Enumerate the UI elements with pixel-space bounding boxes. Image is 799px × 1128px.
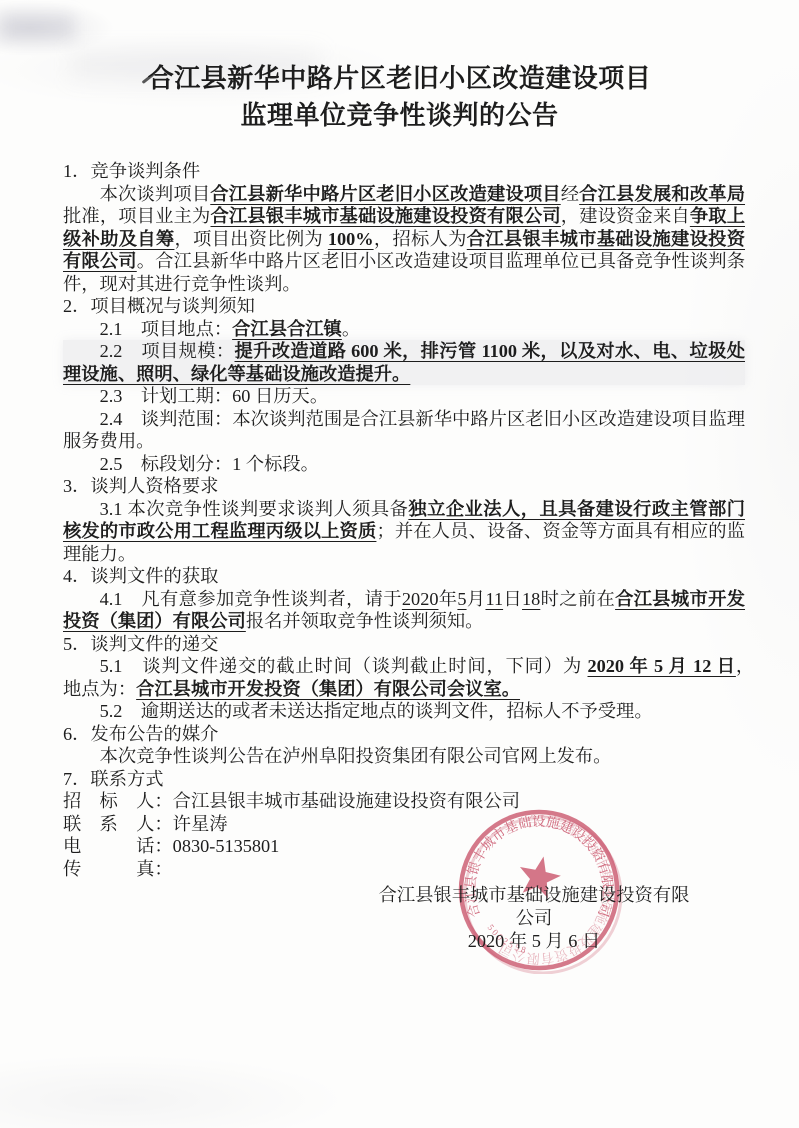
clause-1-1: 本次谈判项目合江县新华中路片区老旧小区改造建设项目经合江县发展和改革局批准，项目… — [63, 183, 745, 296]
section-4-heading: 4．谈判文件的获取 — [63, 565, 745, 588]
text-run: 年 — [438, 589, 457, 609]
text-run: ，建设资金来自 — [561, 206, 690, 226]
text-run: 2.4 谈判范围：本次谈判范围是合江县新华中路片区老旧小区改造建设项目监理服务费… — [63, 409, 745, 452]
scan-smudge — [2, 14, 74, 40]
clause-2-2: 2.2 项目规模：提升改造道路 600 米，排污管 1100 米，以及对水、电、… — [63, 340, 745, 385]
text-run: 2020 年 5 月 12 日 — [588, 656, 736, 676]
text-run: 批准，项目业主为 — [63, 206, 211, 226]
text-run: 5.1 谈判文件递交的截止时间（谈判截止时间，下同）为 — [100, 656, 588, 676]
section-7-heading: 7．联系方式 — [63, 768, 745, 791]
text-run: 100% — [328, 229, 374, 249]
clause-3-1: 3.1 本次竞争性谈判要求谈判人须具备独立企业法人，且具备建设行政主管部门核发的… — [63, 498, 745, 566]
text-run: 招 标 人：合江县银丰城市基础设施建设投资有限公司 — [63, 791, 520, 811]
clause-5-1: 5.1 谈判文件递交的截止时间（谈判截止时间，下同）为 2020 年 5 月 1… — [63, 655, 745, 700]
text-run: 经 — [561, 184, 579, 204]
announcement-body: 1．竞争谈判条件本次谈判项目合江县新华中路片区老旧小区改造建设项目经合江县发展和… — [63, 160, 745, 880]
clause-2-5: 2.5 标段划分：1 个标段。 — [63, 453, 745, 476]
text-run: 。合江县新华中路片区老旧小区改造建设项目监理单位已具备竞争性谈判条件，现对其进行… — [63, 251, 745, 294]
document-title: 合江县新华中路片区老旧小区改造建设项目 监理单位竞争性谈判的公告 — [0, 60, 799, 134]
text-run: 2.5 标段划分：1 个标段。 — [100, 454, 319, 474]
text-run: 2.3 计划工期：60 日历天。 — [100, 386, 329, 406]
text-run: 月 — [467, 589, 486, 609]
section-5-heading: 5．谈判文件的递交 — [63, 633, 745, 656]
clause-6-1: 本次竞争性谈判公告在泸州阜阳投资集团有限公司官网上发布。 — [63, 745, 745, 768]
contact-person: 联 系 人：许星涛 — [63, 813, 745, 836]
contact-fax: 传 真： — [63, 858, 745, 881]
text-run: 3．谈判人资格要求 — [63, 476, 218, 496]
text-run: 5．谈判文件的递交 — [63, 634, 218, 654]
text-run: 1．竞争谈判条件 — [63, 161, 200, 181]
text-run: 电 话：0830-5135801 — [63, 836, 279, 856]
text-run: 11 — [485, 589, 503, 609]
text-run: 2.1 项目地点： — [100, 319, 233, 339]
text-run: 5.2 逾期送达的或者未送达指定地点的谈判文件，招标人不予受理。 — [100, 701, 653, 721]
scanned-announcement-page: 合江县新华中路片区老旧小区改造建设项目 监理单位竞争性谈判的公告 1．竞争谈判条… — [0, 0, 799, 1128]
text-run: 合江县新华中路片区老旧小区改造建设项目 — [210, 184, 560, 204]
text-run: 2.2 项目规模： — [100, 341, 235, 361]
clause-5-2: 5.2 逾期送达的或者未送达指定地点的谈判文件，招标人不予受理。 — [63, 700, 745, 723]
signature-date: 2020 年 5 月 6 日 — [373, 930, 695, 953]
text-run: 合江县银丰城市基础设施建设投资有限公司 — [211, 206, 561, 226]
text-run: 本次竞争性谈判公告在泸州阜阳投资集团有限公司官网上发布。 — [100, 746, 612, 766]
text-run: 本次谈判项目 — [100, 184, 211, 204]
section-6-heading: 6．发布公告的媒介 — [63, 723, 745, 746]
text-run: 7．联系方式 — [63, 769, 164, 789]
text-run: 日 — [503, 589, 522, 609]
clause-2-4: 2.4 谈判范围：本次谈判范围是合江县新华中路片区老旧小区改造建设项目监理服务费… — [63, 408, 745, 453]
text-run: 18 — [522, 589, 540, 609]
text-run: 6．发布公告的媒介 — [63, 724, 218, 744]
clause-2-1: 2.1 项目地点：合江县合江镇。 — [63, 318, 745, 341]
section-2-heading: 2．项目概况与谈判须知 — [63, 295, 745, 318]
contact-bidder: 招 标 人：合江县银丰城市基础设施建设投资有限公司 — [63, 790, 745, 813]
text-run: ，招标人为 — [374, 229, 467, 249]
text-run: 合江县城市开发投资（集团）有限公司会议室。 — [136, 679, 520, 699]
text-run: 联 系 人：许星涛 — [63, 814, 228, 834]
text-run: ，项目出资比例为 — [174, 229, 327, 249]
text-run: 传 真： — [63, 859, 173, 879]
text-run: 5 — [457, 589, 466, 609]
text-run: 4.1 凡有意参加竞争性谈判者，请于 — [100, 589, 402, 609]
text-run: 报名并领取竞争性谈判须知。 — [246, 611, 484, 631]
contact-phone: 电 话：0830-5135801 — [63, 835, 745, 858]
clause-4-1: 4.1 凡有意参加竞争性谈判者，请于2020年5月11日18时之前在合江县城市开… — [63, 588, 745, 633]
document-title-line2: 监理单位竞争性谈判的公告 — [0, 97, 799, 134]
section-3-heading: 3．谈判人资格要求 — [63, 475, 745, 498]
text-run: 时之前在 — [540, 589, 615, 609]
signature-block: 合江县银丰城市基础设施建设投资有限公司 2020 年 5 月 6 日 — [373, 884, 695, 953]
text-run: 4．谈判文件的获取 — [63, 566, 218, 586]
section-1-heading: 1．竞争谈判条件 — [63, 160, 745, 183]
text-run: 3.1 本次竞争性谈判要求谈判人须具备 — [100, 499, 409, 519]
text-run: 2020 — [402, 589, 439, 609]
clause-2-3: 2.3 计划工期：60 日历天。 — [63, 385, 745, 408]
text-run: 合江县合江镇 — [232, 319, 342, 339]
text-run: 。 — [342, 319, 360, 339]
document-title-line1: 合江县新华中路片区老旧小区改造建设项目 — [0, 60, 799, 97]
text-run: 合江县发展和改革局 — [579, 184, 745, 204]
text-run: 2．项目概况与谈判须知 — [63, 296, 255, 316]
signature-company: 合江县银丰城市基础设施建设投资有限公司 — [373, 884, 695, 930]
